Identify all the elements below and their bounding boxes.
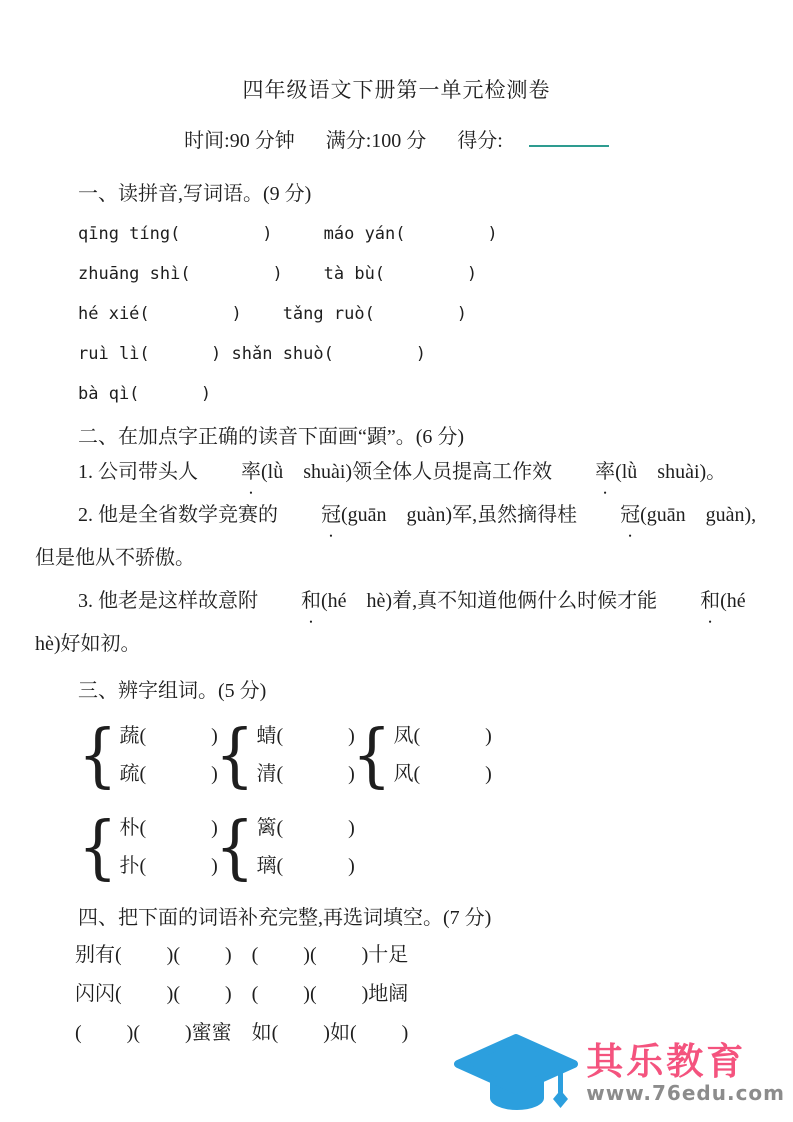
score-label: 得分: [457,130,503,152]
char-blank-line: 璃( ) [256,847,354,885]
char-blank-line: 风( ) [393,755,491,793]
page-title: 四年级语文下册第一单元检测卷 [0,74,793,104]
brace-group: {朴( )扑( ) [78,809,215,885]
brace-row: {朴( )扑( ){篱( )璃( ) [78,809,765,885]
char-blank-line: 疏( ) [119,755,217,793]
question2-items: 1. 公司带头人率(lǜ shuài)领全体人员提高工作效率(lǜ shuài)… [35,451,765,666]
brace-group: {蔬( )疏( ) [78,717,215,793]
text-segment: (hé [720,590,746,612]
brace-icon: { [215,720,254,789]
brace-column: 蜻( )清( ) [256,717,354,793]
dotted-char: 率 [198,451,261,494]
dotted-char: 率 [552,451,615,494]
brace-icon: { [78,720,117,789]
brand-name: 其乐教育 [586,1042,746,1083]
brace-column: 凤( )风( ) [393,717,491,793]
brace-group: {凤( )风( ) [352,717,489,793]
exam-full-score: 满分:100 分 [326,130,427,152]
pinyin-block: qīng tíng( ) máo yán( )zhuāng shì( ) tà … [78,214,765,414]
question-line: 3. 他老是这样故意附和(hé hè)着,真不知道他俩什么时候才能和(hé [35,580,765,623]
question-line: hè)好如初。 [35,623,765,666]
exam-info-line: 时间:90 分钟 满分:100 分 得分: [0,124,793,153]
text-segment: (lǜ shuài)。 [615,461,726,483]
char-blank-line: 清( ) [256,755,354,793]
char-blank-line: 蜻( ) [256,717,354,755]
dotted-char: 冠 [278,494,341,537]
text-segment: (lǜ shuài)领全体人员提高工作效 [261,461,552,483]
site-logo: 其乐教育 www.76edu.com [452,1030,785,1116]
graduation-cap-icon [452,1030,584,1116]
text-segment: (guān guàn), [640,504,756,526]
brace-group: {蜻( )清( ) [215,717,352,793]
brace-icon: { [78,812,117,881]
fill-line: 别有( )( ) ( )( )十足 [75,936,765,975]
pinyin-line: qīng tíng( ) máo yán( ) [78,214,765,254]
exam-body: 一、读拼音,写词语。(9 分) qīng tíng( ) máo yán( )z… [0,177,793,1053]
pinyin-line: bà qì( ) [78,374,765,414]
section3-heading: 三、辨字组词。(5 分) [35,674,765,703]
section4-heading: 四、把下面的词语补充完整,再选词填空。(7 分) [35,901,765,930]
brace-icon: { [352,720,391,789]
text-segment: 2. 他是全省数学竞赛的 [78,504,278,526]
char-blank-line: 蔬( ) [119,717,217,755]
char-blank-line: 扑( ) [119,847,217,885]
question-line: 2. 他是全省数学竞赛的冠(guān guàn)军,虽然摘得桂冠(guān gu… [35,494,765,537]
brace-column: 朴( )扑( ) [119,809,217,885]
pinyin-line: hé xié( ) tǎng ruò( ) [78,294,765,334]
exam-paper-page: 四年级语文下册第一单元检测卷 时间:90 分钟 满分:100 分 得分: 一、读… [0,0,793,1122]
fill-line: 闪闪( )( ) ( )( )地阔 [75,975,765,1014]
section1-heading: 一、读拼音,写词语。(9 分) [35,177,765,206]
brace-icon: { [215,812,254,881]
char-blank-line: 凤( ) [393,717,491,755]
section2-heading: 二、在加点字正确的读音下面画“顕”。(6 分) [35,420,765,449]
char-blank-line: 朴( ) [119,809,217,847]
question-line: 1. 公司带头人率(lǜ shuài)领全体人员提高工作效率(lǜ shuài)… [35,451,765,494]
brand-url: www.76edu.com [586,1082,785,1104]
brace-group: {篱( )璃( ) [215,809,352,885]
text-segment: 1. 公司带头人 [78,461,198,483]
dotted-char: 和 [657,580,720,623]
dotted-char: 冠 [577,494,640,537]
pinyin-line: zhuāng shì( ) tà bù( ) [78,254,765,294]
brace-column: 篱( )璃( ) [256,809,354,885]
pinyin-line: ruì lì( ) shǎn shuò( ) [78,334,765,374]
text-segment: 3. 他老是这样故意附 [78,590,258,612]
brace-row: {蔬( )疏( ){蜻( )清( ){凤( )风( ) [78,717,765,793]
logo-text: 其乐教育 www.76edu.com [586,1042,785,1105]
score-blank-underline [529,139,609,147]
brace-groups: {蔬( )疏( ){蜻( )清( ){凤( )风( ){朴( )扑( ){篱( … [78,717,765,885]
brace-column: 蔬( )疏( ) [119,717,217,793]
text-segment: hè)好如初。 [35,633,141,655]
dotted-char: 和 [258,580,321,623]
exam-time: 时间:90 分钟 [184,130,295,152]
text-segment: (hé hè)着,真不知道他俩什么时候才能 [321,590,657,612]
char-blank-line: 篱( ) [256,809,354,847]
text-segment: (guān guàn)军,虽然摘得桂 [341,504,577,526]
question-line: 但是他从不骄傲。 [35,537,765,580]
text-segment: 但是他从不骄傲。 [35,547,195,569]
